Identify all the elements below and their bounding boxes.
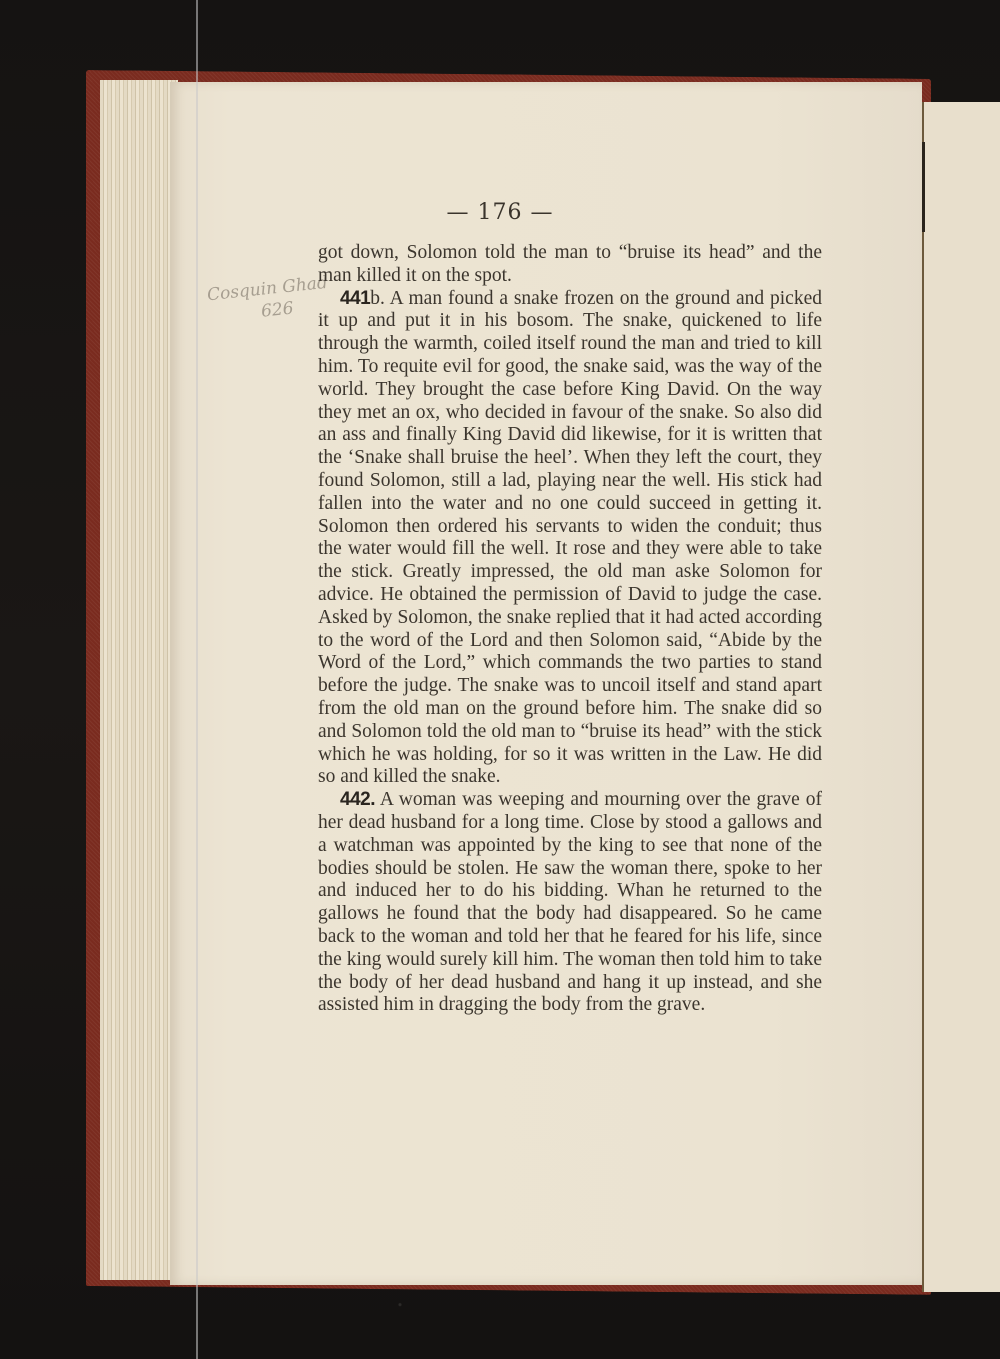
page-number: — 176 — — [0, 200, 1000, 225]
paragraph-text: b. A man found a snake frozen on the gro… — [318, 288, 822, 788]
paragraph-continuation: got down, Solomon told the man to “bruis… — [318, 242, 822, 288]
entry-number: 441 — [340, 288, 370, 309]
next-page-edge — [922, 102, 1000, 1292]
vertical-thread-line — [196, 0, 198, 1359]
paragraph-entry-442: 442. A woman was weeping and mourning ov… — [318, 789, 822, 1017]
paragraph-text: got down, Solomon told the man to “bruis… — [318, 242, 822, 286]
entry-number: 442. — [340, 789, 375, 810]
paragraph-text: A woman was weeping and mourning over th… — [318, 789, 822, 1015]
body-text: got down, Solomon told the man to “bruis… — [318, 242, 822, 1017]
paragraph-entry-441b: 441b. A man found a snake frozen on the … — [318, 288, 822, 790]
page-stack-edge — [100, 80, 178, 1280]
